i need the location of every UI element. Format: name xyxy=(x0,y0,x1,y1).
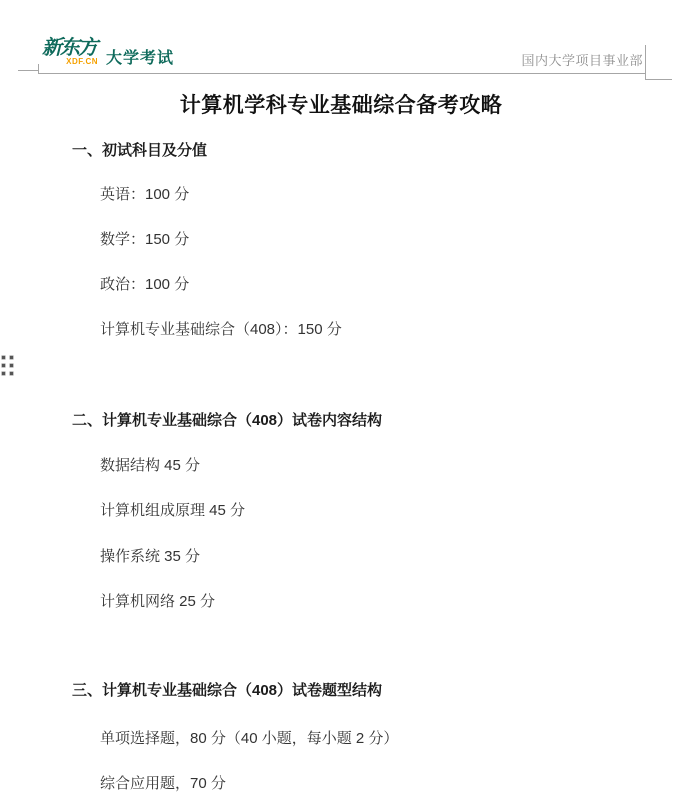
section-2-heading: 二、计算机专业基础综合（408）试卷内容结构 xyxy=(72,409,382,430)
document-page: 新东方 XDF.CN 大学考试 国内大学项目事业部 计算机学科专业基础综合备考攻… xyxy=(0,0,682,812)
section-1-item: 政治：100 分 xyxy=(100,273,189,294)
drag-handle-dot xyxy=(10,356,13,359)
section-1-item: 计算机专业基础综合（408）：150 分 xyxy=(100,318,342,339)
section-3-heading: 三、计算机专业基础综合（408）试卷题型结构 xyxy=(72,679,382,700)
drag-handle-dot xyxy=(2,364,5,367)
section-2-item: 计算机网络 25 分 xyxy=(100,590,215,611)
drag-handle-dot xyxy=(2,372,5,375)
brand-subbrand-label: 大学考试 xyxy=(106,45,174,68)
header-divider-left-stub xyxy=(18,70,38,71)
drag-handle-dot xyxy=(10,372,13,375)
drag-handle-dot xyxy=(2,356,5,359)
header-divider-right-tick xyxy=(645,45,646,80)
section-3-item: 单项选择题，80 分（40 小题，每小题 2 分） xyxy=(100,727,398,748)
section-1-item: 英语：100 分 xyxy=(100,183,189,204)
section-3-item: 综合应用题，70 分 xyxy=(100,772,226,793)
brand-logo-text: 新东方 xyxy=(38,37,100,59)
header-divider-line xyxy=(38,73,645,74)
brand-logo: 新东方 XDF.CN xyxy=(38,37,100,66)
section-2-item: 计算机组成原理 45 分 xyxy=(100,499,245,520)
department-label: 国内大学项目事业部 xyxy=(521,50,643,69)
header-divider-left-tick xyxy=(38,64,39,74)
section-2-item: 操作系统 35 分 xyxy=(100,545,200,566)
section-1-item: 数学：150 分 xyxy=(100,228,189,249)
header-divider-right-stub xyxy=(645,79,672,80)
page-title: 计算机学科专业基础综合备考攻略 xyxy=(0,89,682,119)
section-1-heading: 一、初试科目及分值 xyxy=(72,139,207,160)
drag-handle-dot xyxy=(10,364,13,367)
section-2-item: 数据结构 45 分 xyxy=(100,454,200,475)
drag-handle[interactable] xyxy=(2,356,13,378)
